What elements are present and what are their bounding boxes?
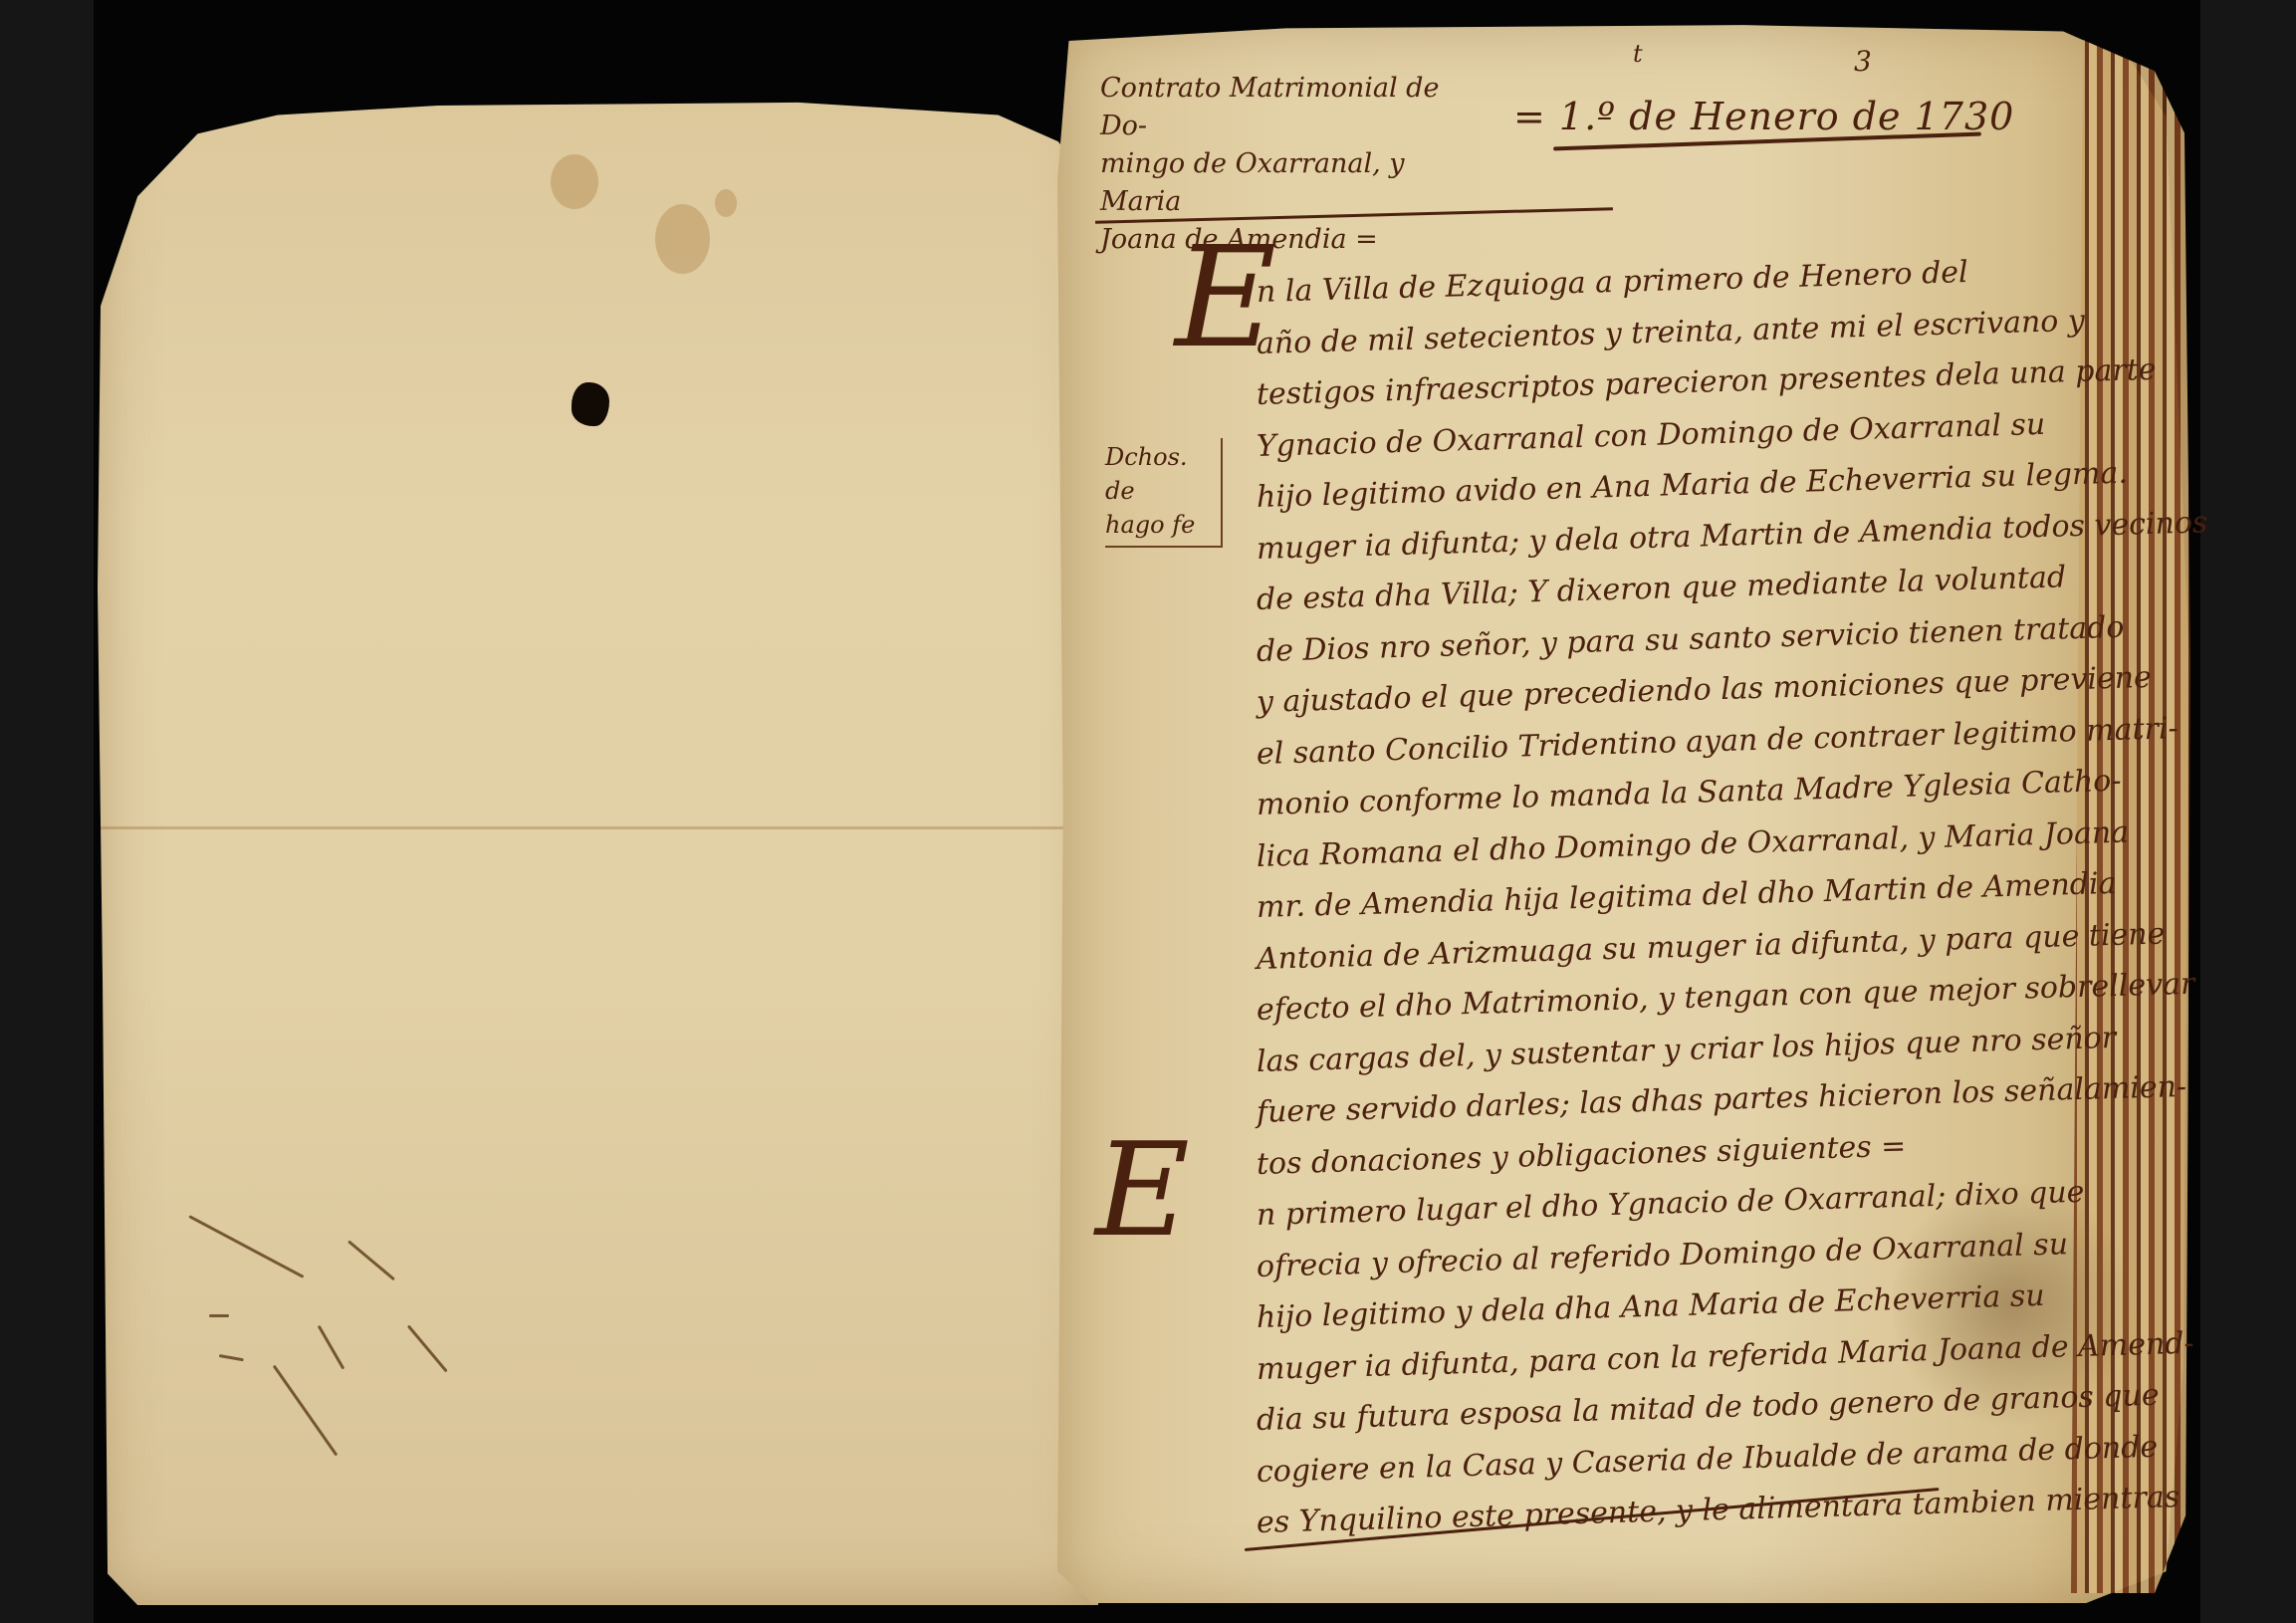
margin-note-line: hago fe xyxy=(1105,508,1215,542)
folio-number: 3 xyxy=(1854,45,1872,78)
heading-line: mingo de Oxarranal, y Maria xyxy=(1100,145,1479,221)
manuscript-body: n la Villa de Ezquioga a primero de Hene… xyxy=(1257,267,2153,1549)
heading-line: Contrato Matrimonial de Do- xyxy=(1100,70,1479,145)
document-heading: Contrato Matrimonial de Do- mingo de Oxa… xyxy=(1100,70,1479,259)
water-stain xyxy=(715,189,737,217)
viewer-frame-right xyxy=(2200,0,2296,1623)
ink-blot xyxy=(572,382,609,426)
margin-note: Dchos. de hago fe xyxy=(1105,438,1223,548)
margin-note-line: Dchos. de xyxy=(1105,440,1215,508)
heading-line: Joana de Amendia = xyxy=(1100,221,1479,259)
folio-mark: t xyxy=(1633,40,1643,68)
show-through-marks xyxy=(149,1155,448,1414)
water-stain xyxy=(655,204,710,274)
water-stain xyxy=(551,154,598,209)
viewer-frame-left xyxy=(0,0,94,1623)
document-date: = 1.º de Henero de 1730 xyxy=(1513,95,2014,138)
fold-line xyxy=(98,826,1098,829)
decorated-initial-second: E xyxy=(1095,1125,1190,1255)
